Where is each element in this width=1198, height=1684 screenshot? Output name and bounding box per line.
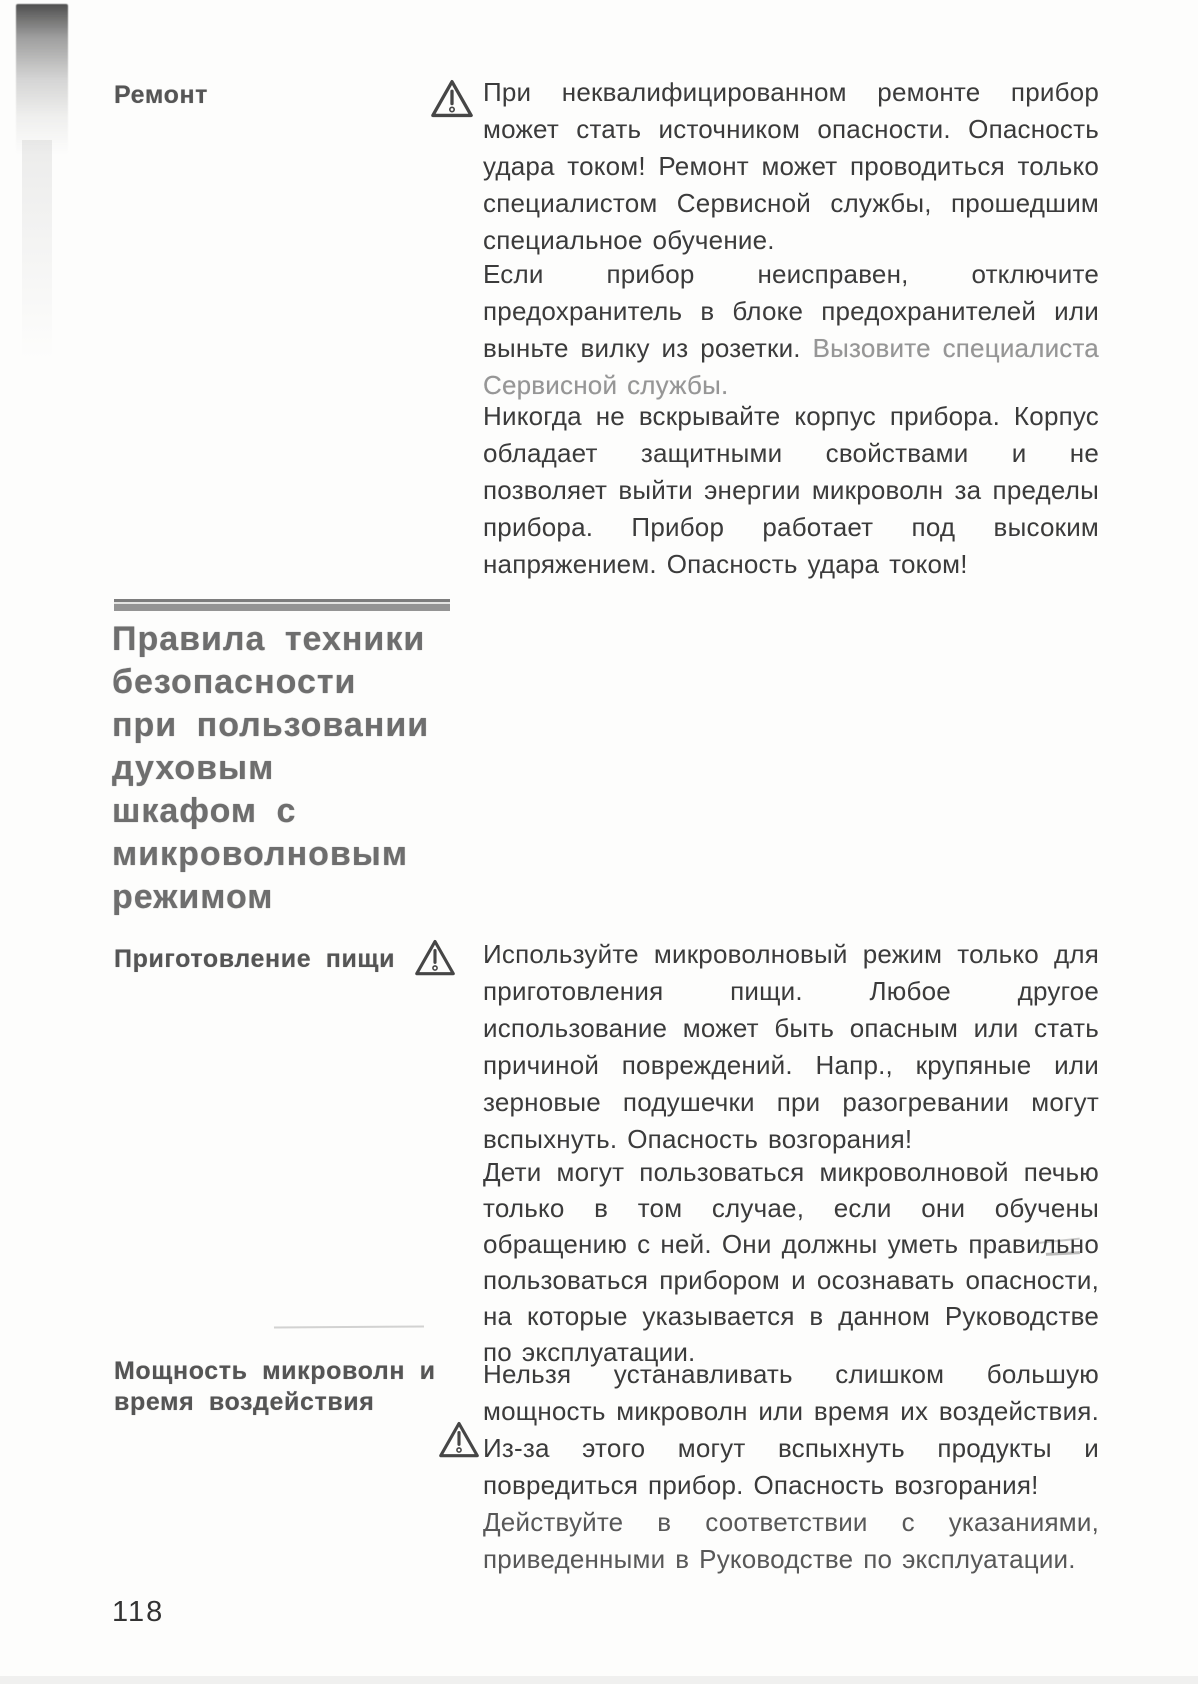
paragraph-cooking-1: Используйте микроволновый режим только д…: [483, 936, 1099, 1158]
paragraph-power-block: Нельзя устанавливать слишком большую мощ…: [483, 1356, 1099, 1578]
scan-edge-strip: [0, 1676, 1198, 1684]
paragraph-repair-3: Никогда не вскрывайте корпус прибора. Ко…: [483, 398, 1099, 583]
section-heading-repair: Ремонт: [114, 80, 208, 111]
scan-artifact-corner: [16, 4, 68, 154]
paragraph-cooking-2: Дети могут пользоваться микроволновой пе…: [483, 1154, 1099, 1370]
scan-noise-mark: [274, 1325, 424, 1332]
paragraph-repair-1: При неквалифицированном ремонте прибор м…: [483, 74, 1099, 259]
warning-icon: [430, 78, 474, 120]
warning-icon: [414, 938, 456, 978]
section-divider-rule: [114, 599, 450, 611]
section-heading-cooking: Приготовление пищи: [114, 944, 395, 975]
section-title-safety-rules: Правила техники безопасности при пользов…: [112, 618, 429, 919]
section-heading-power: Мощность микроволн и время воздействия: [114, 1356, 436, 1418]
paragraph-repair-2: Если прибор неисправен, отключите предох…: [483, 256, 1099, 404]
paragraph-power-2: Действуйте в соответствии с указаниями, …: [483, 1504, 1099, 1578]
manual-page: Ремонт При неквалифицированном ремонте п…: [0, 0, 1198, 1684]
warning-icon: [438, 1420, 480, 1460]
scan-artifact-edge: [22, 140, 52, 360]
paragraph-power-1: Нельзя устанавливать слишком большую мощ…: [483, 1356, 1099, 1504]
page-number: 118: [112, 1596, 164, 1629]
